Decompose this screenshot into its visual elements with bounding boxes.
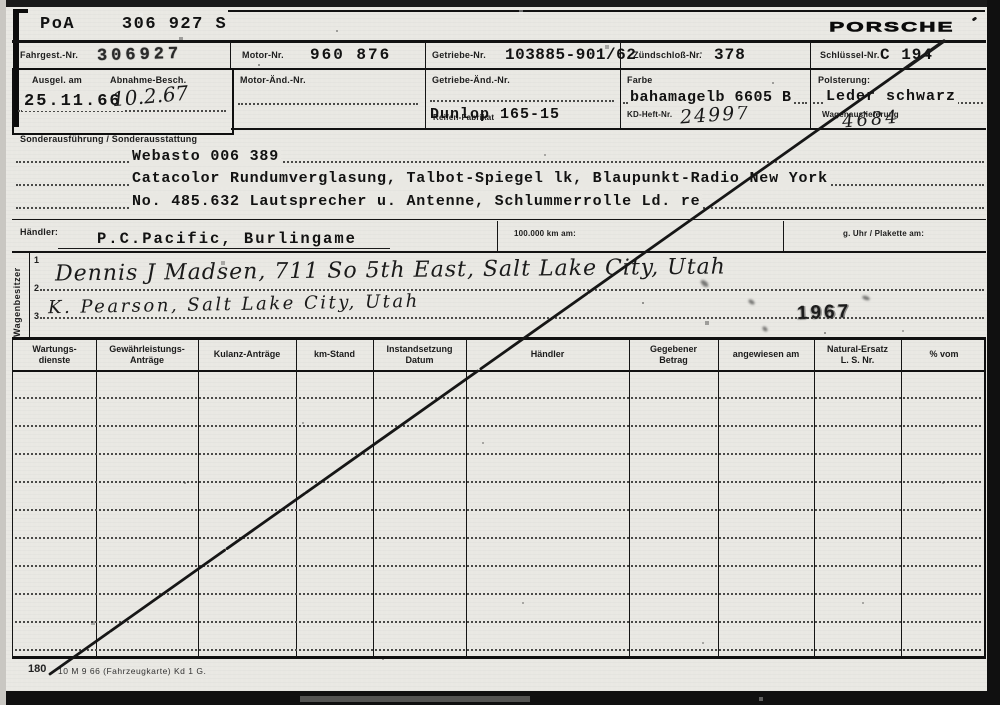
table-row-line-3 [15, 453, 981, 455]
chassis-number-value: 306927 [95, 45, 185, 66]
table-row-line-4 [15, 481, 981, 483]
engine-change-number-label: Motor-Änd.-Nr. [240, 75, 306, 85]
details-sep-2 [425, 69, 426, 128]
scan-edge-right [987, 0, 1000, 705]
gearbox-number-label: Getriebe-Nr. [432, 50, 486, 60]
gearbox-number-value: 103885-901/62 [503, 46, 638, 64]
scan-edge-left [0, 0, 6, 705]
special-section-bottom-border [12, 219, 986, 220]
engine-change-dotline [238, 103, 418, 105]
dealer-sep-2 [783, 221, 784, 251]
table-row-line-10 [15, 649, 981, 651]
upholstery-label: Polsterung: [818, 75, 870, 85]
special-equipment-line-2: Catacolor Rundumverglasung, Talbot-Spieg… [130, 170, 830, 187]
kd-booklet-label: KD-Heft-Nr. [627, 110, 672, 119]
col-header-km-stand: km-Stand [296, 340, 373, 370]
paint-color-value: bahamagelb 6605 B [628, 89, 794, 106]
table-sep-4 [373, 340, 374, 657]
table-row-line-1 [15, 397, 981, 399]
col-header-haendler: Händler [466, 340, 629, 370]
special-equipment-line-3: No. 485.632 Lautsprecher u. Antenne, Sch… [130, 193, 702, 210]
identity-row-top-border [12, 40, 986, 43]
km-100000-label: 100.000 km am: [514, 229, 576, 238]
owner-1-dotline [40, 289, 984, 291]
table-sep-1 [96, 340, 97, 657]
dealer-sep-1 [497, 221, 498, 251]
owner-row-3-number: 3 [34, 311, 39, 321]
col-header-kulanz: Kulanz-Anträge [198, 340, 296, 370]
top-rule [228, 10, 985, 12]
service-table-header: Wartungs- dienste Gewährleistungs- Anträ… [13, 340, 984, 372]
table-sep-8 [814, 340, 815, 657]
upholstery-value: Leder schwarz [824, 88, 958, 105]
table-sep-7 [718, 340, 719, 657]
col-header-instandsetzung: Instandsetzung Datum [373, 340, 466, 370]
engine-number-label: Motor-Nr. [242, 50, 284, 60]
dealer-underline [58, 248, 390, 249]
special-equipment-line-1: Webasto 006 389 [130, 148, 281, 165]
chassis-number-label: Fahrgest.-Nr. [20, 50, 78, 60]
table-row-line-9 [15, 621, 981, 623]
table-sep-3 [296, 340, 297, 657]
scanned-vehicle-card: { "header": { "file_number": "PoA 306 92… [0, 0, 1000, 705]
dealer-label: Händler: [20, 227, 58, 237]
ignition-lock-number-label: Zündschloß-Nr. [633, 50, 702, 60]
clock-plaque-label: g. Uhr / Plakette am: [843, 229, 924, 238]
owners-label: Wagenbesitzer [12, 255, 22, 337]
table-row-line-7 [15, 565, 981, 567]
identity-sep-1 [230, 42, 231, 68]
table-row-line-2 [15, 425, 981, 427]
col-header-wartungsdienste: Wartungs- dienste [13, 340, 96, 370]
col-header-gewaehrleistung: Gewährleistungs- Anträge [96, 340, 198, 370]
porsche-logo: PORSCHE [798, 19, 986, 35]
issued-on-label: Ausgel. am [32, 75, 82, 85]
service-table: Wartungs- dienste Gewährleistungs- Anträ… [12, 337, 986, 659]
file-number: PoA 306 927 S [38, 15, 229, 34]
table-sep-9 [901, 340, 902, 657]
gearbox-change-number-label: Getriebe-Änd.-Nr. [432, 75, 510, 85]
scan-edge-top [0, 0, 1000, 7]
table-row-line-8 [15, 593, 981, 595]
table-sep-2 [198, 340, 199, 657]
owners-left-rule [29, 253, 30, 337]
col-header-gegebener-betrag: Gegebener Betrag [629, 340, 718, 370]
identity-sep-4 [810, 42, 811, 68]
col-header-prozent-vom: % vom [901, 340, 987, 370]
table-sep-5 [466, 340, 467, 657]
table-sep-6 [629, 340, 630, 657]
engine-number-value: 960 876 [308, 46, 393, 64]
form-imprint: 10 M 9 66 (Fahrzeugkarte) Kd 1 G. [58, 666, 206, 676]
gearbox-change-dotline [430, 100, 614, 102]
issued-on-value: 25.11.66 [22, 92, 124, 111]
corner-bracket-mark-top [13, 9, 28, 13]
details-sep-4 [810, 69, 811, 128]
owner-row-1-number: 1 [34, 255, 39, 265]
key-number-label: Schlüssel-Nr. [820, 50, 880, 60]
table-row-line-5 [15, 509, 981, 511]
tyre-make-value: Dunlop 165-15 [428, 106, 562, 123]
scan-edge-bottom-gap [300, 696, 530, 702]
col-header-angewiesen-am: angewiesen am [718, 340, 814, 370]
col-header-natural-ersatz: Natural-Ersatz L. S. Nr. [814, 340, 901, 370]
special-equipment-label: Sonderausführung / Sonderausstattung [20, 134, 197, 144]
owner-row-2-number: 2 [34, 283, 39, 293]
identity-sep-2 [425, 42, 426, 68]
scan-speckles [0, 0, 2, 2]
dealer-value: P.C.Pacific, Burlingame [95, 230, 359, 248]
table-row-line-6 [15, 537, 981, 539]
details-sep-3 [620, 69, 621, 128]
dealer-row-bottom-border [12, 251, 986, 253]
key-number-value: C 194 [878, 46, 935, 64]
ignition-lock-number-value: 378 [712, 46, 748, 64]
paint-color-label: Farbe [627, 75, 653, 85]
year-stamp: 1967 [797, 301, 852, 325]
form-number: 180 [28, 663, 46, 675]
